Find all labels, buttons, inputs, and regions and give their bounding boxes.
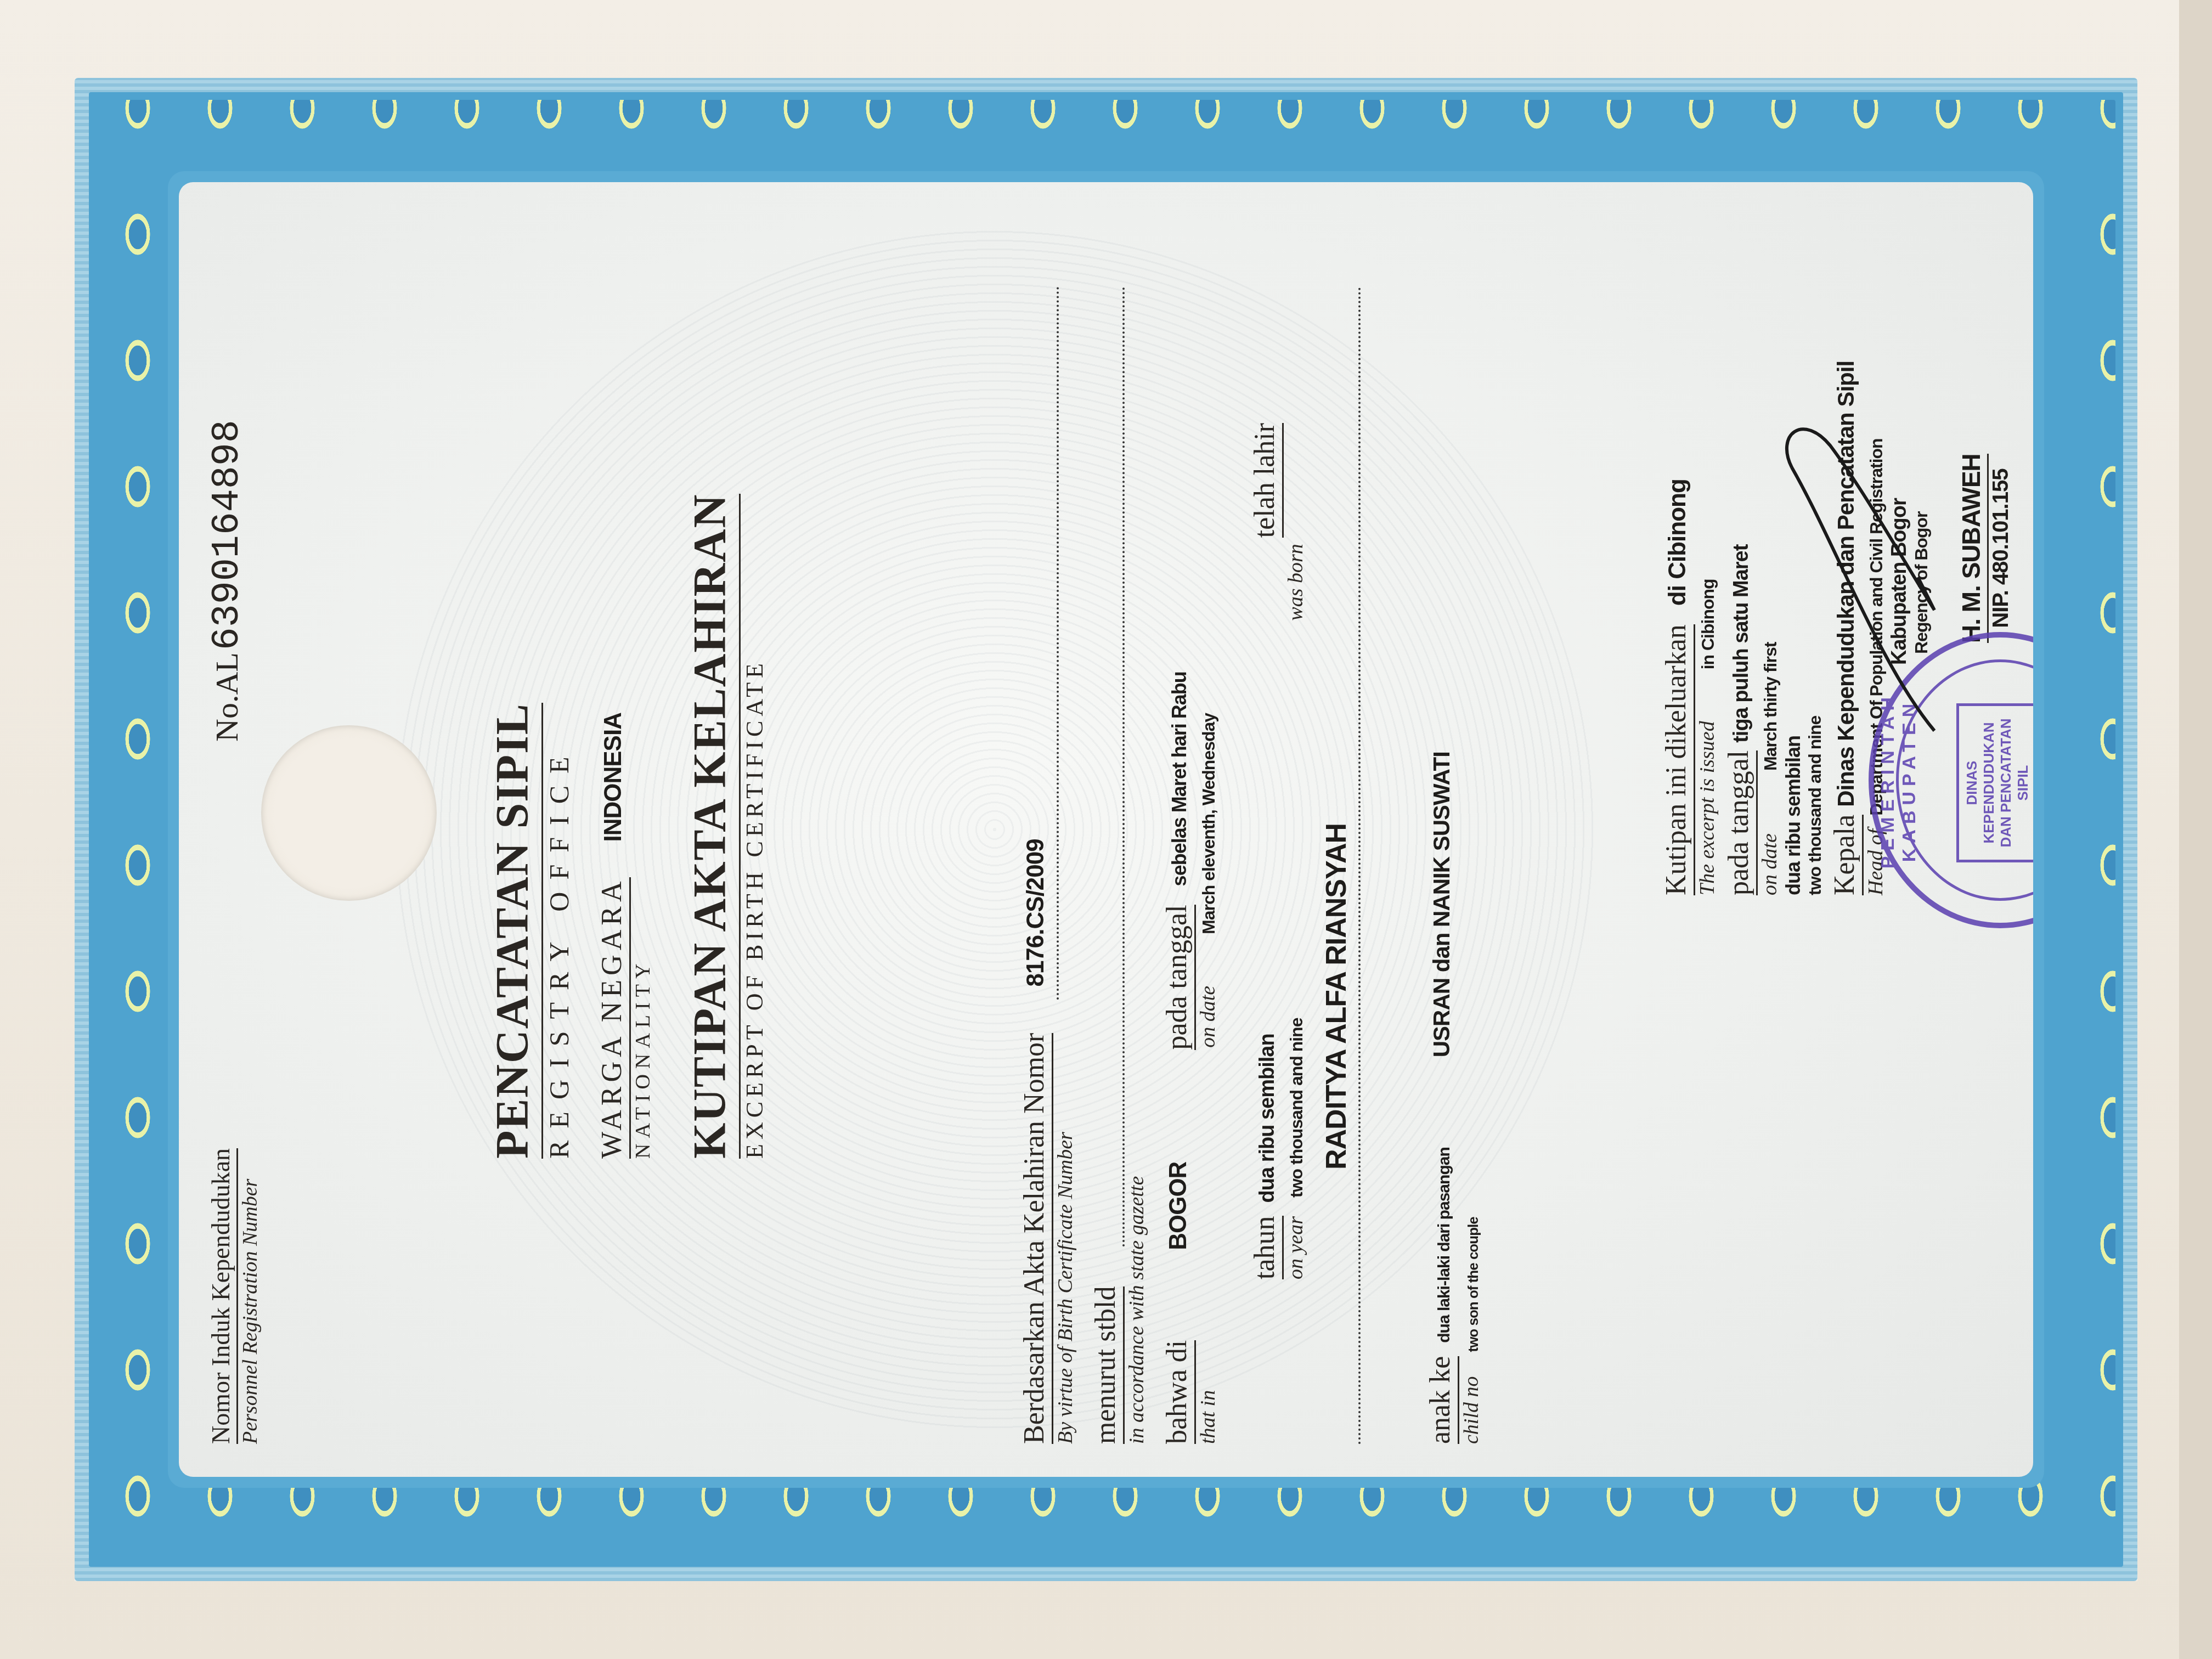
nik-block: Nomor Induk Kependudukan Personnel Regis… (206, 1148, 262, 1444)
date-value: sebelas Maret hari Rabu (1168, 672, 1190, 886)
stbld-label: menurut stbld (1090, 1286, 1125, 1444)
issued-label-en: The excerpt is issued (1696, 721, 1719, 895)
issued-label: Kutipan ini dikeluarkan (1660, 624, 1695, 895)
place-label: bahwa di (1161, 1340, 1196, 1444)
year-value: dua ribu sembilan (1256, 1034, 1279, 1203)
place-value: BOGOR (1165, 1162, 1192, 1250)
born-label-en: was born (1284, 544, 1307, 620)
nationality-value: INDONESIA (600, 713, 627, 842)
serial-number: No.AL 6390164898 (206, 420, 250, 742)
office-title-en: REGISTRY OFFICE (543, 703, 575, 1159)
year-label-en: on year (1284, 1216, 1307, 1279)
punch-hole (261, 725, 437, 901)
issued-date-line1: tiga puluh satu Maret (1730, 545, 1753, 743)
place-label-en: that in (1197, 1390, 1220, 1444)
cert-number-value: 8176.CS/2009 (1022, 839, 1049, 986)
issued-place: di Cibinong (1664, 479, 1691, 606)
child-name: RADITYA ALFA RIANSYAH (1320, 823, 1353, 1170)
office-title: PENCATATAN SIPIL (486, 703, 543, 1159)
date-label: pada tanggal (1161, 905, 1196, 1049)
header-block: PENCATATAN SIPIL REGISTRY OFFICE (486, 703, 575, 1159)
child-no-label: anak ke (1424, 1356, 1459, 1444)
child-name-value: RADITYA ALFA RIANSYAH (1321, 823, 1352, 1170)
dotted-line (1358, 286, 1361, 1444)
date-label-en: on date (1197, 986, 1220, 1048)
nik-label: Nomor Induk Kependudukan (206, 1148, 238, 1444)
serial-value: 6390164898 (206, 420, 250, 650)
child-no-label-en: child no (1460, 1376, 1483, 1444)
head-label: Kepala (1829, 815, 1864, 895)
dotted-line (1122, 286, 1125, 1246)
paper-edge (2179, 0, 2212, 1659)
nik-label-en: Personnel Registration Number (238, 1148, 262, 1444)
issued-place-en: in Cibinong (1698, 579, 1718, 669)
nationality-label-en: NATIONALITY (631, 713, 655, 1159)
document-title: KUTIPAN AKTA KELAHIRAN (684, 494, 741, 1159)
child-no-value-en: two son of the couple (1465, 1217, 1481, 1352)
certificate-field: No.AL 6390164898 Nomor Induk Kependuduka… (179, 182, 2033, 1477)
parents-value: USRAN dan NANIK SUSWATI (1429, 752, 1454, 1057)
child-no-value: dua laki-laki dari pasangan (1435, 1147, 1453, 1342)
birth-certificate: No.AL 6390164898 Nomor Induk Kependuduka… (75, 78, 2137, 1581)
signature-mark (1770, 226, 2033, 775)
dotted-line (1057, 286, 1059, 1000)
issued-date-label: pada tanggal (1723, 751, 1758, 895)
cert-number-label: Berdasarkan Akta Kelahiran Nomor (1018, 1033, 1053, 1444)
cert-number-row: Berdasarkan Akta Kelahiran Nomor 8176.CS… (1018, 839, 1077, 1444)
document-title-en: EXCERPT OF BIRTH CERTIFICATE (741, 494, 769, 1159)
issued-date-label-en: on date (1758, 833, 1781, 895)
nationality-label: WARGA NEGARA (596, 877, 631, 1159)
year-row: tahun dua ribu sembilan telah lahir on y… (1249, 423, 1308, 1444)
date-value-en: March eleventh, Wednesday (1199, 713, 1218, 934)
stbld-label-en: in accordance with state gazette (1125, 1176, 1149, 1444)
nationality-row: WARGA NEGARA INDONESIA NATIONALITY (596, 713, 655, 1159)
year-value-en: two thousand and nine (1286, 1018, 1306, 1198)
child-no-row: anak ke dua laki-laki dari pasangan USRA… (1424, 752, 1483, 1444)
document-title-block: KUTIPAN AKTA KELAHIRAN EXCERPT OF BIRTH … (684, 494, 769, 1159)
year-label: tahun (1249, 1216, 1284, 1279)
serial-prefix: No.AL (209, 652, 245, 742)
stbld-row: menurut stbld in accordance with state g… (1090, 1176, 1149, 1444)
born-label: telah lahir (1249, 423, 1284, 538)
place-date-row: bahwa di BOGOR pada tanggal sebelas Mare… (1161, 672, 1220, 1444)
